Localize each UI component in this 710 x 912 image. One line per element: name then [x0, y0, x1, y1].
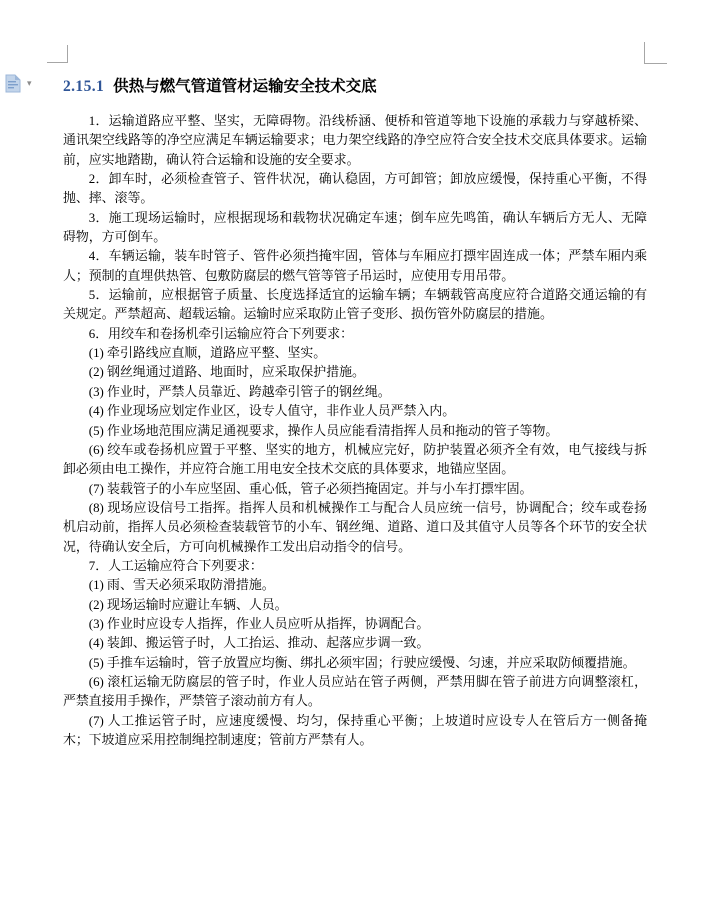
paragraph: (7) 人工推运管子时，应速度缓慢、均匀，保持重心平衡；上坡道时应设专人在管后方…: [63, 712, 647, 751]
paragraph: (8) 现场应设信号工指挥。指挥人员和机械操作工与配合人员应统一信号，协调配合；…: [63, 499, 647, 557]
paragraph: (4) 装卸、搬运管子时，人工抬运、推动、起落应步调一致。: [63, 634, 647, 653]
paragraph: 2．卸车时，必须检查管子、管件状况，确认稳固，方可卸管；卸放应缓慢，保持重心平衡…: [63, 170, 647, 209]
heading-text: 供热与燃气管道管材运输安全技术交底: [113, 78, 377, 95]
paragraph: 4．车辆运输，装车时管子、管件必须挡掩牢固，管体与车厢应打摽牢固连成一体；严禁车…: [63, 247, 647, 286]
document-content[interactable]: 2.15.1供热与燃气管道管材运输安全技术交底 1．运输道路应平整、坚实，无障碍…: [63, 76, 647, 750]
paragraph: (4) 作业现场应划定作业区，设专人值守，非作业人员严禁入内。: [63, 402, 647, 421]
margin-tool[interactable]: ▾: [4, 74, 32, 98]
paragraph: (1) 牵引路线应直顺，道路应平整、坚实。: [63, 344, 647, 363]
document-page[interactable]: ▾ 2.15.1供热与燃气管道管材运输安全技术交底 1．运输道路应平整、坚实，无…: [0, 0, 710, 912]
chevron-down-icon[interactable]: ▾: [27, 80, 32, 89]
paragraph: (7) 装载管子的小车应坚固、重心低，管子必须挡掩固定。并与小车打摽牢固。: [63, 480, 647, 499]
paragraph: 5．运输前，应根据管子质量、长度选择适宜的运输车辆；车辆载管高度应符合道路交通运…: [63, 286, 647, 325]
document-style-icon[interactable]: [4, 74, 22, 98]
paragraph: (2) 钢丝绳通过道路、地面时，应采取保护措施。: [63, 363, 647, 382]
paragraph: (3) 作业时应设专人指挥，作业人员应听从指挥，协调配合。: [63, 615, 647, 634]
paragraph: 6．用绞车和卷扬机牵引运输应符合下列要求：: [63, 325, 647, 344]
paragraph: 3．施工现场运输时，应根据现场和载物状况确定车速；倒车应先鸣笛，确认车辆后方无人…: [63, 209, 647, 248]
paragraph: 7．人工运输应符合下列要求：: [63, 557, 647, 576]
document-body: 1．运输道路应平整、坚实，无障碍物。沿线桥涵、便桥和管道等地下设施的承载力与穿越…: [63, 112, 647, 750]
paragraph: (6) 滚杠运输无防腐层的管子时，作业人员应站在管子两侧，严禁用脚在管子前进方向…: [63, 673, 647, 712]
paragraph: 1．运输道路应平整、坚实，无障碍物。沿线桥涵、便桥和管道等地下设施的承载力与穿越…: [63, 112, 647, 170]
paragraph: (2) 现场运输时应避让车辆、人员。: [63, 596, 647, 615]
crop-mark-top-left: [47, 45, 68, 63]
paragraph: (1) 雨、雪天必须采取防滑措施。: [63, 576, 647, 595]
document-title: 2.15.1供热与燃气管道管材运输安全技术交底: [63, 76, 647, 97]
paragraph: (6) 绞车或卷扬机应置于平整、坚实的地方，机械应完好，防护装置必须齐全有效，电…: [63, 441, 647, 480]
paragraph: (5) 作业场地范围应满足通视要求，操作人员应能看清指挥人员和拖动的管子等物。: [63, 422, 647, 441]
heading-number: 2.15.1: [63, 78, 104, 95]
paragraph: (3) 作业时，严禁人员靠近、跨越牵引管子的钢丝绳。: [63, 383, 647, 402]
crop-mark-top-right: [644, 42, 667, 64]
paragraph: (5) 手推车运输时，管子放置应均衡、绑扎必须牢固；行驶应缓慢、匀速，并应采取防…: [63, 654, 647, 673]
